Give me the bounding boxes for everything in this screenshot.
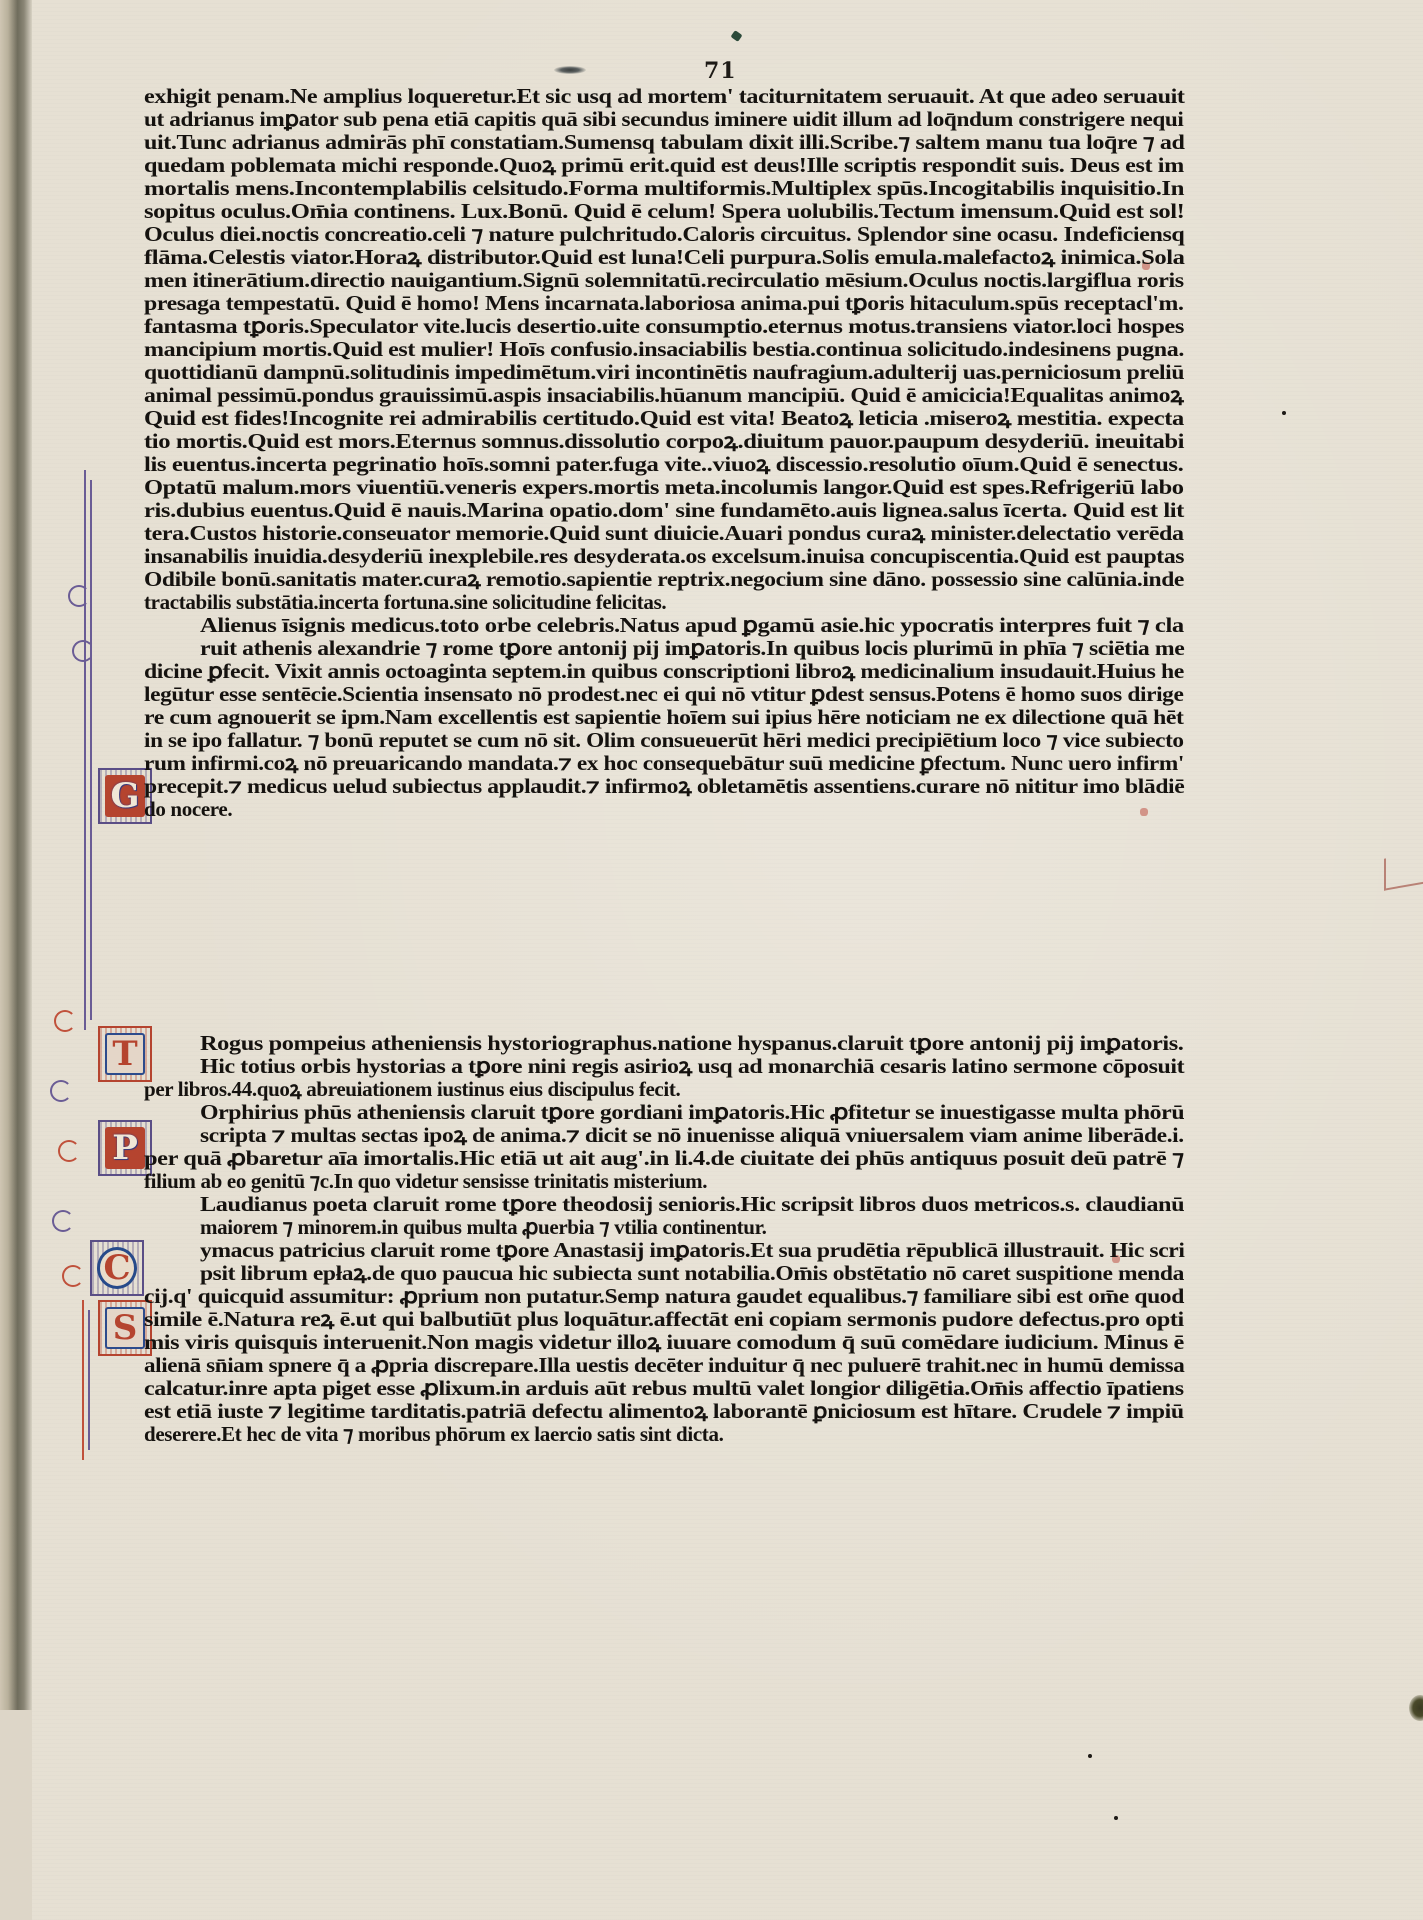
- text-line: est etiā iuste ⁊ legitime tarditatis.pat…: [144, 1399, 1184, 1423]
- text-line: quottidianū dampnū.solitudinis impedimēt…: [144, 360, 1184, 384]
- text-line: Orphirius phūs atheniensis claruit tꝑore…: [200, 1100, 1184, 1124]
- text-line: filium ab eo genitū ⁊c.In quo videtur se…: [144, 1169, 707, 1193]
- penwork-flourish: [58, 1140, 80, 1162]
- text-line: men itinerātium.directio nauigantium.Sig…: [144, 268, 1184, 292]
- text-line: rum infirmi.coꝝ nō preuaricando mandata.…: [144, 751, 1184, 775]
- stain: [1409, 1695, 1423, 1721]
- text-line: per libros.44.quoꝝ abreuiationem iustinu…: [144, 1077, 680, 1101]
- penwork-flourish: [72, 640, 94, 662]
- penwork-flourish: [50, 1080, 72, 1102]
- text-line: re cum agnouerit se ipm.Nam excellentis …: [144, 705, 1183, 729]
- penwork-flourish: [52, 1210, 74, 1232]
- text-line: per quā ꝓbaretur aīa imortalis.Hic etiā …: [144, 1146, 1184, 1170]
- text-line: psit librum epłaꝝ.de quo paucua hic subi…: [200, 1261, 1184, 1285]
- text-line: Hic totius orbis hystorias a tꝑore nini …: [200, 1054, 1184, 1078]
- ink-speck: [1088, 1754, 1092, 1758]
- text-line: Odibile bonū.sanitatis mater.curaꝝ remot…: [144, 567, 1184, 591]
- text-line: alienā sn̄iam spnere q̄ a ꝓpria discrepa…: [144, 1353, 1184, 1377]
- text-line: simile ē.Natura reꝝ ē.ut qui balbutiūt p…: [144, 1307, 1184, 1331]
- text-line: precepit.⁊ medicus uelud subiectus appla…: [144, 774, 1184, 798]
- text-line: Optatū malum.mors viuentiū.veneris exper…: [144, 475, 1184, 499]
- ink-speck: [1282, 411, 1286, 415]
- text-line: legūtur esse sentēcie.Scientia insensato…: [144, 682, 1183, 706]
- text-line: flāma.Celestis viator.Horaꝝ distributor.…: [144, 245, 1185, 269]
- text-line: tio mortis.Quid est mors.Eternus somnus.…: [144, 429, 1184, 453]
- text-line: Laudianus poeta claruit rome tꝑore theod…: [200, 1192, 1184, 1216]
- folio-number: 71: [704, 58, 737, 84]
- text-line: deserere.Et hec de vita ⁊ moribus phōrum…: [144, 1422, 724, 1446]
- penwork-flourish: [62, 1265, 84, 1287]
- marginal-mark: [1384, 851, 1423, 890]
- text-line: Rogus pompeius atheniensis hystoriograph…: [200, 1031, 1183, 1055]
- text-line: in se ipo fallatur. ⁊ bonū reputet se cu…: [144, 728, 1184, 752]
- text-line: ymacus patricius claruit rome tꝑore Anas…: [200, 1238, 1185, 1262]
- text-line: uit.Tunc adrianus admirās phī constatiam…: [144, 130, 1184, 154]
- text-line: mancipium mortis.Quid est mulier! Hoīs c…: [144, 337, 1184, 361]
- text-line: ut adrianus imꝑator sub pena etiā capiti…: [144, 107, 1183, 131]
- text-line: animal pessimū.pondus grauissimū.aspis i…: [144, 383, 1184, 407]
- penwork-flourish: [68, 585, 90, 607]
- text-line: calcatur.inre apta piget esse ꝓlixum.in …: [144, 1376, 1184, 1400]
- text-line: do nocere.: [144, 797, 232, 821]
- illuminated-initial-c: C: [90, 1240, 144, 1296]
- penwork-border-lower: [88, 1310, 94, 1450]
- text-line: mis viris quisquis interuenit.Non magis …: [144, 1330, 1184, 1354]
- ink-smudge: [554, 66, 586, 74]
- text-line: Oculus diei.noctis concreatio.celi ⁊ nat…: [144, 222, 1184, 246]
- penwork-flourish: [54, 1010, 76, 1032]
- manuscript-page: 71 G T P C S exhigit penam.Ne amplius lo…: [32, 0, 1423, 1920]
- text-line: exhigit penam.Ne amplius loqueretur.Et s…: [144, 84, 1185, 108]
- text-line: fantasma tꝑoris.Speculator vite.lucis de…: [144, 314, 1184, 338]
- text-line: tera.Custos historie.conseuator memorie.…: [144, 521, 1184, 545]
- ink-speck: [1114, 1816, 1118, 1820]
- text-line: quedam poblemata michi responde.Quoꝝ pri…: [144, 153, 1184, 177]
- page-edge: [0, 1710, 32, 1920]
- text-line: mortalis mens.Incontemplabilis celsitudo…: [144, 176, 1184, 200]
- rubric-mark: [1140, 808, 1148, 816]
- text-line: dicine ꝑfecit. Vixit annis octoaginta se…: [144, 659, 1184, 683]
- text-line: cij.q' quicquid assumitur: ꝓprium non pu…: [144, 1284, 1184, 1308]
- ink-mark: [731, 30, 743, 42]
- penwork-border-inner: [90, 480, 96, 1020]
- book-gutter: [0, 0, 32, 1710]
- text-line: lis euentus.incerta pegrinatio hoīs.somn…: [144, 452, 1183, 476]
- illuminated-initial-t: T: [98, 1026, 152, 1082]
- text-line: sopitus oculus.Om̄ia continens. Lux.Bonū…: [144, 199, 1184, 223]
- text-line: Alienus īsignis medicus.toto orbe celebr…: [200, 613, 1184, 637]
- text-line: ris.dubius euentus.Quid ē nauis.Marina o…: [144, 498, 1184, 522]
- text-line: presaga tempestatū. Quid ē homo! Mens in…: [144, 291, 1184, 315]
- text-line: scripta ⁊ multas sectas ipoꝝ de anima.⁊ …: [200, 1123, 1184, 1147]
- text-line: tractabilis substātia.incerta fortuna.si…: [144, 590, 666, 614]
- text-line: Quid est fides!Incognite rei admirabilis…: [144, 406, 1184, 430]
- text-line: insanabilis inuidia.desyderiū inexplebil…: [144, 544, 1184, 568]
- text-line: maiorem ⁊ minorem.in quibus multa ꝓuerbi…: [200, 1215, 767, 1239]
- text-line: ruit athenis alexandrie ⁊ rome tꝑore ant…: [200, 636, 1184, 660]
